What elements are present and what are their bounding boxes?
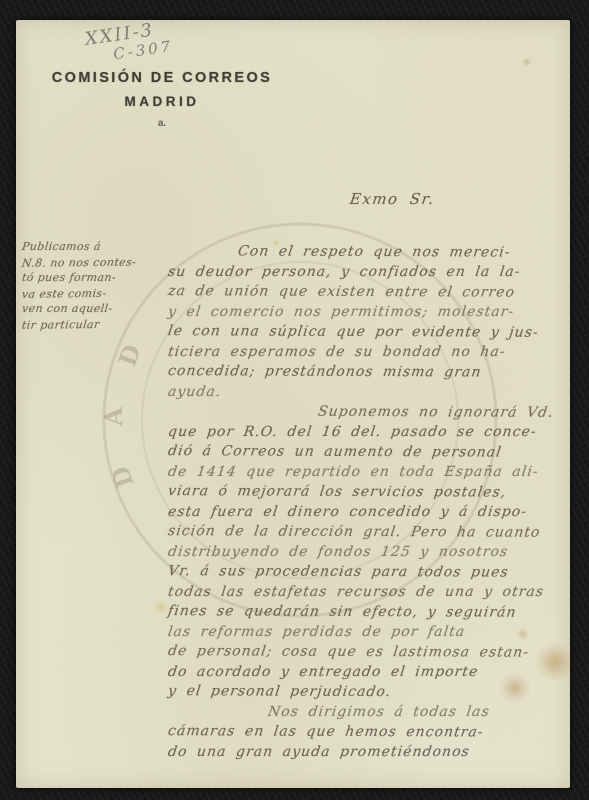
handwritten-line: Vr. á sus procedencias para todos pues — [167, 561, 570, 583]
photographed-document-scene: D A D XXII-3 C-307 COMISIÓN DE CORREOS M… — [0, 0, 589, 800]
handwritten-line: concedida; prestándonos misma gran — [167, 361, 570, 383]
stamp-letter: D — [112, 341, 146, 370]
handwritten-line: fines se quedarán sin efecto, y seguirán — [167, 601, 570, 623]
margin-note-line: N.8. no nos contes- — [21, 254, 175, 271]
foxing-stain — [270, 238, 282, 248]
handwritten-line: esta fuera el dinero concedido y á dispo… — [167, 502, 570, 522]
handwritten-line: cámaras en las que hemos encontra- — [167, 721, 570, 743]
letterhead-title: COMISIÓN DE CORREOS — [36, 70, 288, 86]
handwritten-line: de personal; cosa que es lastimosa estan… — [167, 641, 570, 663]
handwritten-line: Suponemos no ignorará Vd. — [167, 401, 570, 423]
letterhead: COMISIÓN DE CORREOS MADRID a. — [36, 70, 288, 129]
handwritten-line: dió á Correos un aumento de personal — [167, 441, 570, 463]
margin-note-line: tó pues forman- — [21, 270, 175, 286]
archive-pencil-note: XXII-3 C-307 — [84, 20, 175, 68]
letterhead-mark: a. — [36, 118, 288, 129]
foxing-stain — [534, 642, 570, 682]
handwritten-line: le con una súplica que por evidente y ju… — [167, 321, 570, 343]
handwritten-line: las reformas perdidas de por falta — [167, 622, 570, 642]
handwritten-line: de 1414 que repartido en toda España ali… — [167, 462, 570, 482]
handwritten-line: que por R.O. del 16 del. pasado se conce… — [167, 422, 570, 442]
handwritten-line: viara ó mejorará los servicios postales, — [167, 481, 570, 503]
foxing-stain — [514, 626, 532, 642]
foxing-stain — [520, 56, 534, 68]
handwritten-line: distribuyendo de fondos 125 y nosotros — [167, 542, 570, 562]
margin-note: Publicamos áN.8. no nos contes-tó pues f… — [22, 239, 174, 332]
handwritten-line: ticiera esperamos de su bondad no ha- — [167, 342, 570, 362]
foxing-stain — [498, 672, 532, 704]
margin-note-line: tir particular — [21, 316, 175, 333]
document-paper: D A D XXII-3 C-307 COMISIÓN DE CORREOS M… — [16, 20, 570, 788]
stamp-letter: A — [99, 407, 128, 427]
letterhead-subtitle: MADRID — [36, 94, 288, 109]
handwritten-line: y el comercio nos permitimos; molestar- — [167, 302, 570, 322]
handwritten-line: do una gran ayuda prometiéndonos — [167, 742, 570, 762]
handwritten-line: Con el respeto que nos mereci- — [167, 241, 570, 263]
margin-note-line: va este comis- — [21, 285, 175, 302]
salutation: Exmo Sr. — [349, 190, 437, 208]
handwritten-line: za de unión que existen entre el correo — [167, 281, 570, 303]
handwritten-line: todas las estafetas recursos de una y ot… — [167, 582, 570, 602]
margin-note-line: ven con aquell- — [21, 301, 175, 317]
handwritten-line: ayuda. — [167, 382, 570, 402]
handwritten-line: su deudor persona, y confiados en la la- — [167, 262, 570, 282]
handwritten-line: Nos dirigimos á todas las — [167, 702, 570, 722]
margin-note-line: Publicamos á — [21, 239, 175, 255]
foxing-stain — [150, 598, 172, 616]
handwritten-line: sición de la dirección gral. Pero ha cua… — [167, 521, 570, 543]
